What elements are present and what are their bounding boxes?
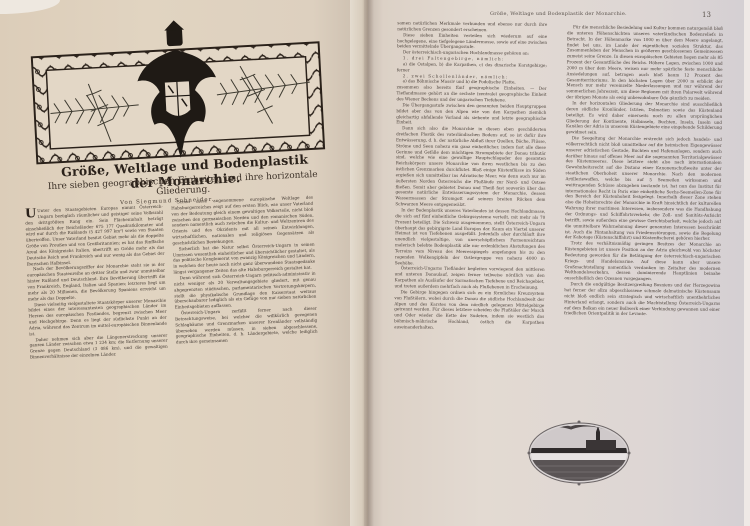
left-page-column-2: Schon diese angenommene europäische Welt… <box>171 195 323 492</box>
right-page-column-1: samen natürlichen Merkmale verbunden und… <box>393 20 548 462</box>
paragraph: Trotz des verhältnismäßig geringen Besit… <box>564 240 720 283</box>
book-spread: Größe, Weltlage und Bodenplastik der Mon… <box>0 0 750 526</box>
paragraph: zusammen also bereits fünf geographische… <box>396 85 546 104</box>
running-head: Größe, Weltlage und Bodenplastik der Mon… <box>490 11 627 17</box>
paragraph: Schon diese angenommene europäische Welt… <box>171 195 315 247</box>
book-gutter <box>362 0 374 526</box>
paragraph: Österreich-Ungarns Tiefländer begleiten … <box>394 266 544 291</box>
landscape-vignette-image <box>526 418 632 488</box>
paragraph: Die Gebirge hingegen ordnen sich zu ein … <box>394 289 544 331</box>
paragraph: In der Bodenplastik unseres Vaterlandes … <box>395 207 546 267</box>
paragraph: In der horizontalen Gliederung der Monar… <box>566 100 722 137</box>
paragraph: Nach der Bevölkerungsziffer der Monarchi… <box>27 262 166 302</box>
paragraph: Österreich-Ungarn zerfällt ferner nach d… <box>175 306 318 346</box>
drop-cap-initial: U <box>25 208 37 219</box>
paragraph: Die Übergangsstufe zwischen den genannte… <box>396 102 546 127</box>
left-page-column-1: UUnter den Staatsgebieten Europas nimmt … <box>25 204 173 509</box>
paragraph: Dann sich also die Monarchie in diesen e… <box>395 125 546 208</box>
paragraph: Denn während sich Österreich-Ungarn poli… <box>174 271 317 311</box>
paragraph: Für die menschliche Besiedelung und Kult… <box>566 24 723 102</box>
paragraph: Die Seegeltung der Monarchie erstreckt s… <box>565 135 722 242</box>
paragraph: Diese sieben Einheiten verteilen sich wi… <box>397 32 547 51</box>
right-page-column-2: Für die menschliche Besiedelung und Kult… <box>563 24 723 421</box>
page-number: 13 <box>702 11 711 19</box>
coat-of-arms-header-ornament <box>26 12 328 175</box>
paragraph: Daher nehmen sich aber die Längenerstrec… <box>29 332 168 360</box>
right-page-edge <box>744 0 750 526</box>
paragraph: Diese vielseitig vielgestaltete Staatskö… <box>28 297 167 337</box>
paragraph: UUnter den Staatsgebieten Europas nimmt … <box>25 204 165 267</box>
paragraph: Durch die endgültige Besitzergreifung Bo… <box>564 281 720 318</box>
